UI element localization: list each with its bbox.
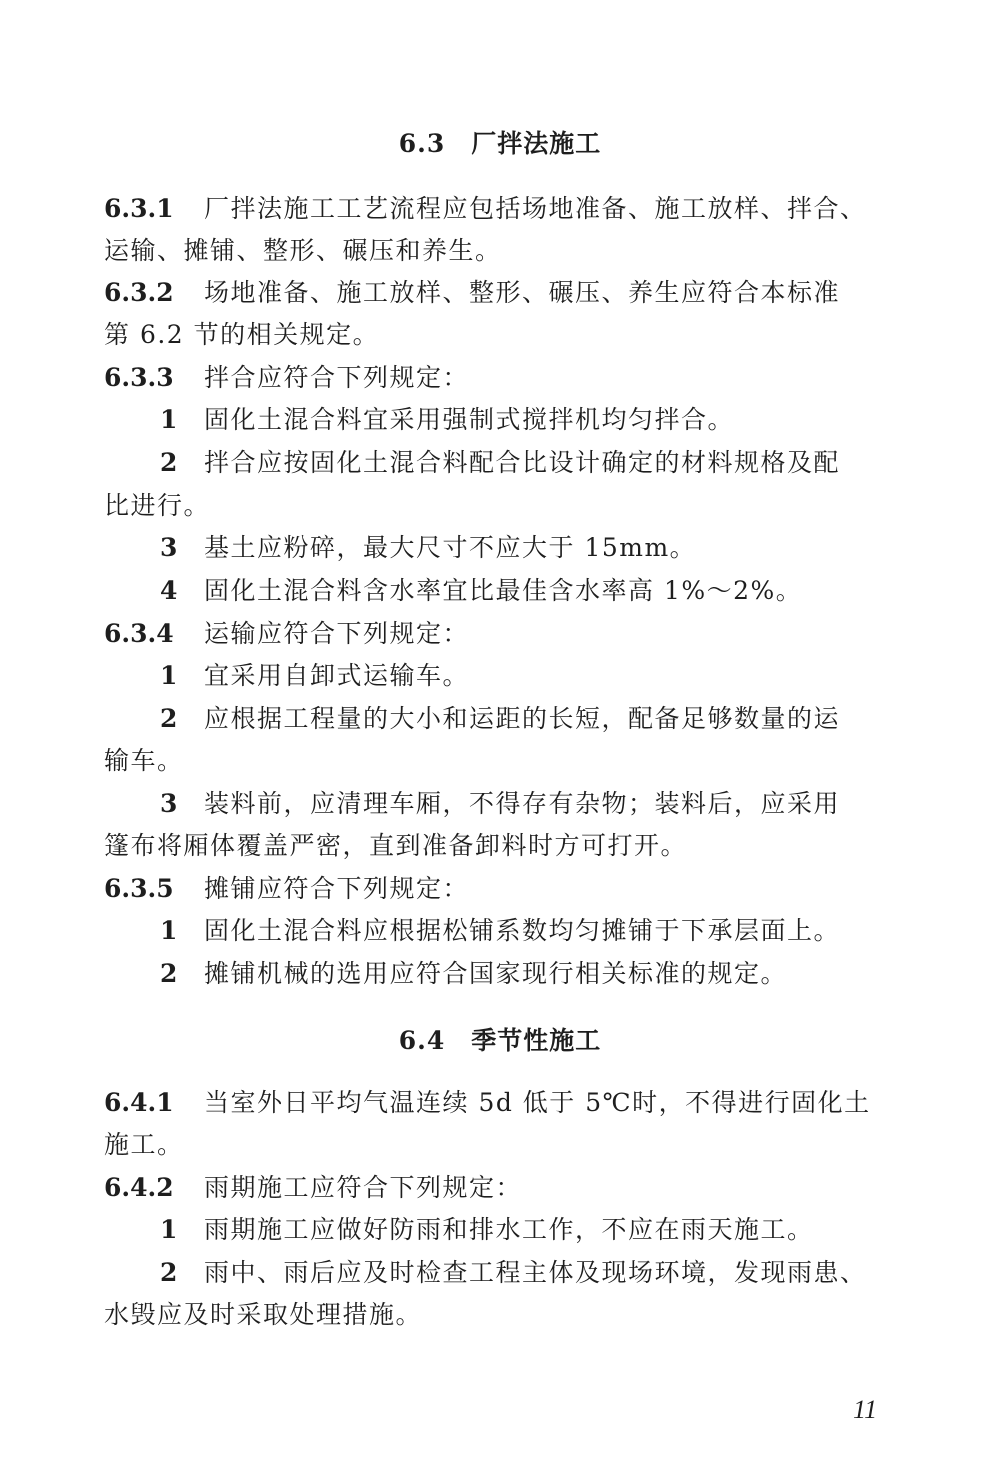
- section-heading-6-3: 6.3厂拌法施工: [0, 124, 1000, 160]
- item-text-continued: 比进行。: [104, 489, 914, 523]
- item-text: 雨期施工应做好防雨和排水工作，不应在雨天施工。: [204, 1215, 814, 1244]
- document-page: 6.3厂拌法施工 6.3.1厂拌法施工工艺流程应包括场地准备、施工放样、拌合、 …: [0, 0, 1000, 1462]
- item-text: 雨中、雨后应及时检查工程主体及现场环境，发现雨患、: [204, 1258, 867, 1287]
- item-text: 装料前，应清理车厢，不得存有杂物；装料后，应采用: [204, 789, 840, 818]
- item-text-continued: 篷布将厢体覆盖严密，直到准备卸料时方可打开。: [104, 829, 914, 863]
- item-text: 固化土混合料含水率宜比最佳含水率高 1%～2%。: [204, 576, 802, 605]
- clause-number: 6.4.2: [104, 1171, 204, 1205]
- list-item: 2应根据工程量的大小和运距的长短，配备足够数量的运: [160, 702, 970, 736]
- clause-text: 运输应符合下列规定：: [204, 619, 469, 648]
- list-item: 3装料前，应清理车厢，不得存有杂物；装料后，应采用: [160, 787, 970, 821]
- clause-6-4-2: 6.4.2雨期施工应符合下列规定：: [104, 1171, 914, 1205]
- clause-6-4-1: 6.4.1当室外日平均气温连续 5d 低于 5℃时，不得进行固化土: [104, 1086, 914, 1120]
- item-text: 宜采用自卸式运输车。: [204, 661, 469, 690]
- item-number: 3: [160, 787, 204, 821]
- list-item: 2拌合应按固化土混合料配合比设计确定的材料规格及配: [160, 446, 970, 480]
- clause-number: 6.3.5: [104, 872, 204, 906]
- section-number: 6.3: [399, 129, 446, 158]
- item-number: 2: [160, 702, 204, 736]
- item-text: 基土应粉碎，最大尺寸不应大于 15mm。: [204, 533, 696, 562]
- clause-number: 6.3.4: [104, 617, 204, 651]
- clause-text: 厂拌法施工工艺流程应包括场地准备、施工放样、拌合、: [204, 194, 867, 223]
- item-number: 4: [160, 574, 204, 608]
- clause-text: 拌合应符合下列规定：: [204, 363, 469, 392]
- clause-6-3-3: 6.3.3拌合应符合下列规定：: [104, 361, 914, 395]
- clause-number: 6.3.2: [104, 276, 204, 310]
- list-item: 3基土应粉碎，最大尺寸不应大于 15mm。: [160, 531, 970, 565]
- item-number: 1: [160, 403, 204, 437]
- item-number: 2: [160, 957, 204, 991]
- item-text: 应根据工程量的大小和运距的长短，配备足够数量的运: [204, 704, 840, 733]
- clause-6-3-1: 6.3.1厂拌法施工工艺流程应包括场地准备、施工放样、拌合、: [104, 192, 914, 226]
- section-number: 6.4: [399, 1026, 446, 1055]
- clause-text: 雨期施工应符合下列规定：: [204, 1173, 522, 1202]
- item-number: 2: [160, 446, 204, 480]
- item-text-continued: 水毁应及时采取处理措施。: [104, 1298, 914, 1332]
- list-item: 1固化土混合料应根据松铺系数均匀摊铺于下承层面上。: [160, 914, 970, 948]
- clause-6-3-2: 6.3.2场地准备、施工放样、整形、碾压、养生应符合本标准: [104, 276, 914, 310]
- clause-text: 摊铺应符合下列规定：: [204, 874, 469, 903]
- clause-6-3-4: 6.3.4运输应符合下列规定：: [104, 617, 914, 651]
- item-text: 拌合应按固化土混合料配合比设计确定的材料规格及配: [204, 448, 840, 477]
- clause-text: 场地准备、施工放样、整形、碾压、养生应符合本标准: [204, 278, 840, 307]
- clause-text-continued: 第 6.2 节的相关规定。: [104, 318, 914, 352]
- item-text: 固化土混合料应根据松铺系数均匀摊铺于下承层面上。: [204, 916, 840, 945]
- clause-text-continued: 运输、摊铺、整形、碾压和养生。: [104, 234, 914, 268]
- item-text-continued: 输车。: [104, 744, 914, 778]
- list-item: 1固化土混合料宜采用强制式搅拌机均匀拌合。: [160, 403, 970, 437]
- item-number: 1: [160, 914, 204, 948]
- item-text: 固化土混合料宜采用强制式搅拌机均匀拌合。: [204, 405, 734, 434]
- item-number: 1: [160, 659, 204, 693]
- list-item: 2摊铺机械的选用应符合国家现行相关标准的规定。: [160, 957, 970, 991]
- clause-number: 6.4.1: [104, 1086, 204, 1120]
- clause-number: 6.3.3: [104, 361, 204, 395]
- list-item: 1宜采用自卸式运输车。: [160, 659, 970, 693]
- section-title: 厂拌法施工: [471, 129, 601, 158]
- clause-text-continued: 施工。: [104, 1128, 914, 1162]
- item-number: 3: [160, 531, 204, 565]
- page-number: 11: [853, 1395, 877, 1425]
- list-item: 2雨中、雨后应及时检查工程主体及现场环境，发现雨患、: [160, 1256, 970, 1290]
- clause-number: 6.3.1: [104, 192, 204, 226]
- item-number: 2: [160, 1256, 204, 1290]
- section-heading-6-4: 6.4季节性施工: [0, 1021, 1000, 1057]
- list-item: 4固化土混合料含水率宜比最佳含水率高 1%～2%。: [160, 574, 970, 608]
- clause-text: 当室外日平均气温连续 5d 低于 5℃时，不得进行固化土: [204, 1088, 871, 1117]
- list-item: 1雨期施工应做好防雨和排水工作，不应在雨天施工。: [160, 1213, 970, 1247]
- clause-6-3-5: 6.3.5摊铺应符合下列规定：: [104, 872, 914, 906]
- section-title: 季节性施工: [471, 1026, 601, 1055]
- item-text: 摊铺机械的选用应符合国家现行相关标准的规定。: [204, 959, 787, 988]
- item-number: 1: [160, 1213, 204, 1247]
